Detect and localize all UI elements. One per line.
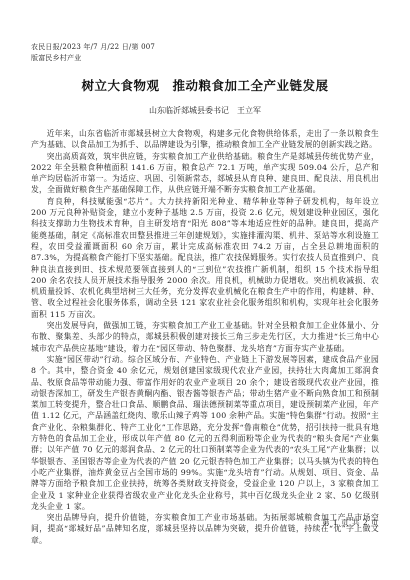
document-header: 农民日报/2023 年/7 月/22 日/第 007 版富民乡村产业 [31, 42, 379, 63]
article-body: 近年来，山东省临沂市郯城县树立大食物观，构建多元化食物供给体系，走出了一条以粮食… [31, 128, 379, 546]
article-byline: 山东临沂郯城县委书记 王立军 [31, 105, 379, 116]
header-source-date: 农民日报/2023 年/7 月/22 日/第 007 [31, 42, 379, 53]
document-page: 农民日报/2023 年/7 月/22 日/第 007 版富民乡村产业 树立大食物… [0, 0, 410, 580]
paragraph-processing-chain: 突出发展导向，做强加工链，夯实粮食加工产业工业基础。针对全县粮食加工企业体量小、… [31, 320, 379, 354]
paragraph-intro: 近年来，山东省临沂市郯城县树立大食物观，构建多元化食物供给体系，走出了一条以粮食… [31, 128, 379, 151]
header-section: 版富民乡村产业 [31, 53, 379, 64]
article-title: 树立大食物观 推动粮食加工全产业链发展 [31, 76, 379, 94]
paragraph-supply-chain: 突出高质高效，筑牢供应链，夯实粮食加工产业供给基础。粮食生产是郯城县传统优势产业… [31, 151, 379, 196]
page-number: 第 1 页 共 2 页 [322, 517, 379, 528]
paragraph-park-cluster-leader: 实施“园区带动”行动。综合区域分布、产业特色、产业链上下游发展等因素，建成食品产… [31, 354, 379, 512]
paragraph-seed-field-method-machine: 育良种，科技赋能强“芯片”。大力扶持新阳光种业、精华种业等种子研发机构，每年设立… [31, 196, 379, 320]
